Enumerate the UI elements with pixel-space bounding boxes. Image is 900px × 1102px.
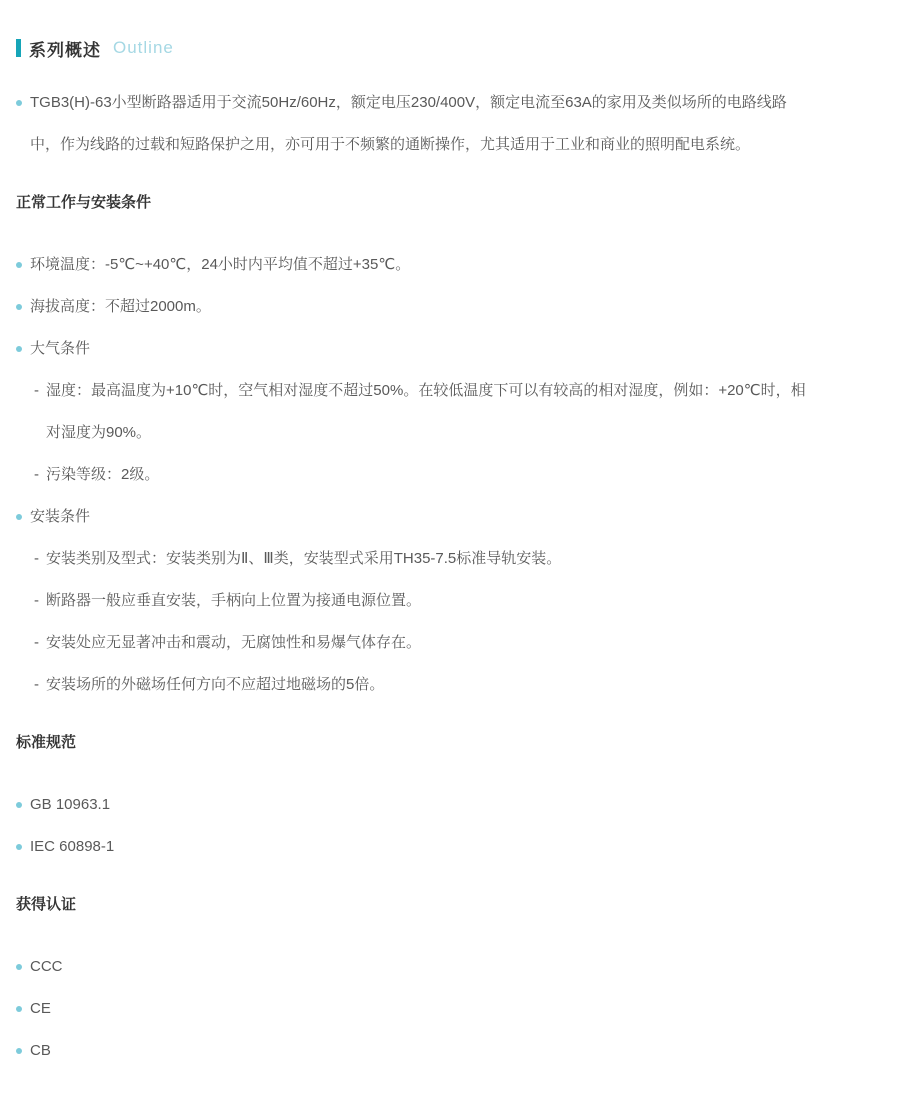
- section-title: 系列概述 Outline: [16, 34, 860, 62]
- title-zh: 系列概述: [29, 36, 101, 61]
- sub-list-item-text: 安装处应无显著冲击和震动，无腐蚀性和易爆气体存在。: [46, 634, 421, 651]
- document-page: 系列概述 Outline TGB3(H)-63小型断路器适用于交流50Hz/60…: [0, 0, 900, 1102]
- list-item-text: GB 10963.1: [30, 796, 110, 813]
- sub-list-item-text: 湿度：最高温度为+10℃时，空气相对湿度不超过50%。在较低温度下可以有较高的相…: [46, 382, 806, 441]
- list-item: 环境温度：-5℃~+40℃，24小时内平均值不超过+35℃。: [16, 244, 816, 286]
- bullet-dot-icon: [16, 100, 22, 106]
- list-item-text: CCC: [30, 958, 63, 975]
- bullet-dot-icon: [16, 262, 22, 268]
- dash-icon: [34, 454, 39, 496]
- sub-list-item: 安装场所的外磁场任何方向不应超过地磁场的5倍。: [16, 664, 816, 706]
- title-accent-bar: [16, 39, 21, 57]
- list-item-text: 环境温度：-5℃~+40℃，24小时内平均值不超过+35℃。: [30, 256, 410, 273]
- dash-icon: [34, 622, 39, 664]
- dash-icon: [34, 664, 39, 706]
- list-item: CB: [16, 1030, 816, 1072]
- list-item-text: 海拔高度：不超过2000m。: [30, 298, 211, 315]
- section-heading-standards: 标准规范: [16, 722, 860, 764]
- sub-list-item: 安装类别及型式：安装类别为Ⅱ、Ⅲ类，安装型式采用TH35-7.5标准导轨安装。: [16, 538, 816, 580]
- bullet-dot-icon: [16, 802, 22, 808]
- sub-list-item: 断路器一般应垂直安装，手柄向上位置为接通电源位置。: [16, 580, 816, 622]
- bullet-dot-icon: [16, 1006, 22, 1012]
- sub-list-item-text: 安装类别及型式：安装类别为Ⅱ、Ⅲ类，安装型式采用TH35-7.5标准导轨安装。: [46, 550, 561, 567]
- list-item-text: CE: [30, 1000, 51, 1017]
- dash-icon: [34, 370, 39, 412]
- list-item-text: CB: [30, 1042, 51, 1059]
- bullet-dot-icon: [16, 346, 22, 352]
- section-heading-certifications: 获得认证: [16, 884, 860, 926]
- dash-icon: [34, 580, 39, 622]
- list-item-text: IEC 60898-1: [30, 838, 114, 855]
- bullet-dot-icon: [16, 304, 22, 310]
- sub-list-item: 安装处应无显著冲击和震动，无腐蚀性和易爆气体存在。: [16, 622, 816, 664]
- sub-list-item-text: 安装场所的外磁场任何方向不应超过地磁场的5倍。: [46, 676, 384, 693]
- list-item: GB 10963.1: [16, 784, 816, 826]
- list-item: 大气条件: [16, 328, 816, 370]
- intro-paragraph: TGB3(H)-63小型断路器适用于交流50Hz/60Hz，额定电压230/40…: [16, 82, 816, 166]
- bullet-dot-icon: [16, 1048, 22, 1054]
- sub-list-item: 湿度：最高温度为+10℃时，空气相对湿度不超过50%。在较低温度下可以有较高的相…: [16, 370, 816, 454]
- bullet-dot-icon: [16, 964, 22, 970]
- list-item-text: 大气条件: [30, 340, 90, 357]
- sub-list-item-text: 断路器一般应垂直安装，手柄向上位置为接通电源位置。: [46, 592, 421, 609]
- title-en: Outline: [113, 38, 174, 58]
- list-item-text: 安装条件: [30, 508, 90, 525]
- section-heading-working-conditions: 正常工作与安装条件: [16, 182, 860, 224]
- bullet-dot-icon: [16, 844, 22, 850]
- intro-text: TGB3(H)-63小型断路器适用于交流50Hz/60Hz，额定电压230/40…: [30, 94, 787, 153]
- sub-list-item-text: 污染等级：2级。: [46, 466, 159, 483]
- list-item: CE: [16, 988, 816, 1030]
- list-item: IEC 60898-1: [16, 826, 816, 868]
- list-item: 海拔高度：不超过2000m。: [16, 286, 816, 328]
- bullet-dot-icon: [16, 514, 22, 520]
- list-item: 安装条件: [16, 496, 816, 538]
- sub-list-item: 污染等级：2级。: [16, 454, 816, 496]
- list-item: CCC: [16, 946, 816, 988]
- dash-icon: [34, 538, 39, 580]
